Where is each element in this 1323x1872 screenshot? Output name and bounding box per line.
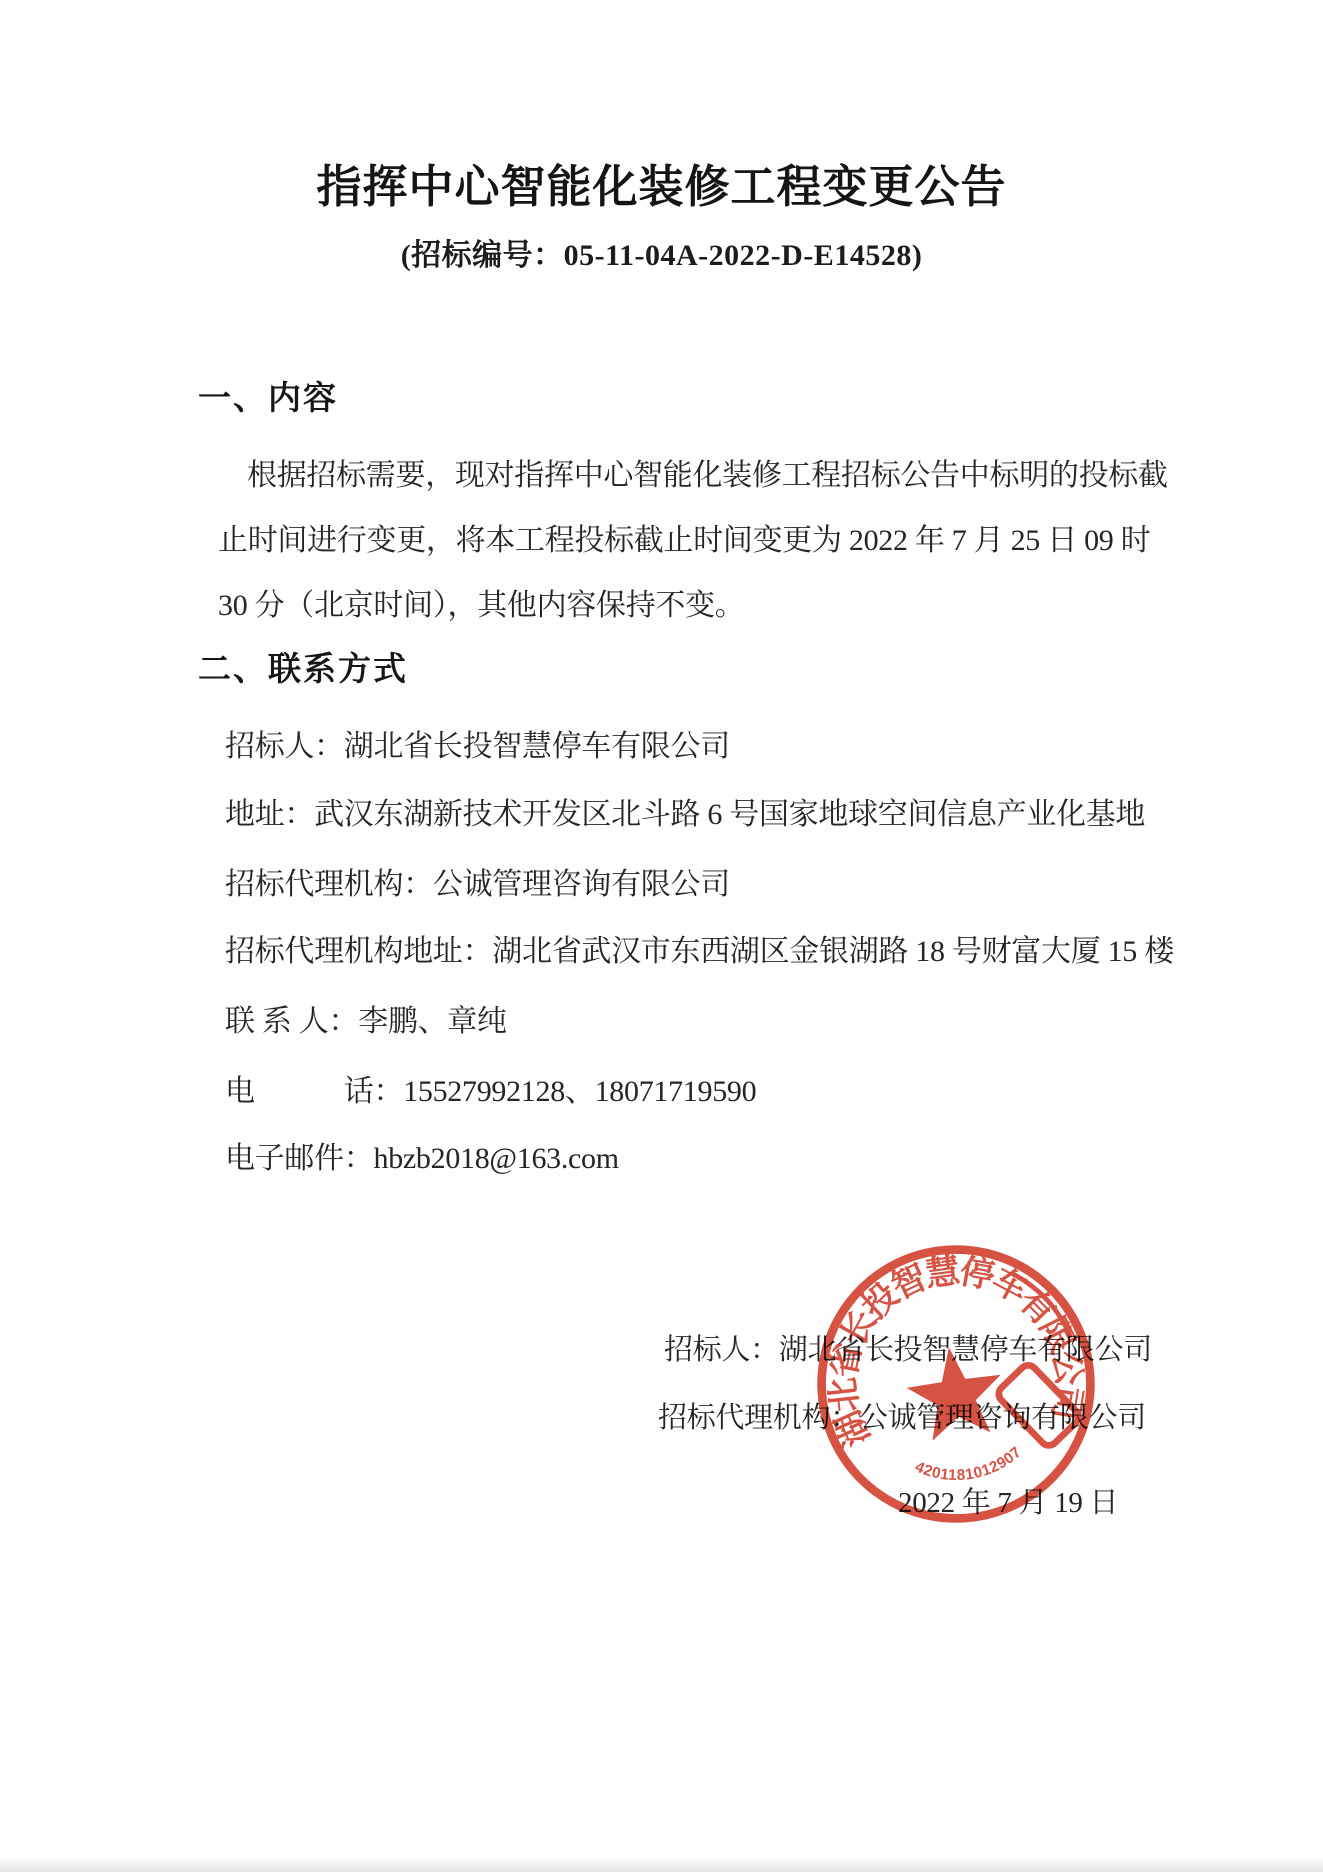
company-seal-graphic: 湖北省长投智慧停车有限公司 42011810129077 bbox=[793, 1221, 1118, 1546]
star-icon bbox=[902, 1341, 1009, 1444]
contact-line-agency-address: 招标代理机构地址：湖北省武汉市东西湖区金银湖路 18 号财富大厦 15 楼 bbox=[225, 937, 1174, 967]
body-line: 止时间进行变更，将本工程投标截止时间变更为 2022 年 7 月 25 日 09… bbox=[218, 526, 1150, 556]
contact-line-phone: 电 话：15527992128、18071719590 bbox=[225, 1077, 756, 1107]
page-title: 指挥中心智能化装修工程变更公告 bbox=[0, 150, 1323, 215]
contact-line-bidder: 招标人：湖北省长投智慧停车有限公司 bbox=[225, 732, 730, 762]
body-line: 30 分（北京时间），其他内容保持不变。 bbox=[218, 591, 745, 621]
section-heading-contact: 二、联系方式 bbox=[198, 643, 408, 690]
tender-number: (招标编号：05-11-04A-2022-D-E14528) bbox=[0, 230, 1323, 274]
contact-line-email: 电子邮件：hbzb2018@163.com bbox=[225, 1144, 619, 1174]
contact-line-person: 联 系 人：李鹏、章纯 bbox=[225, 1007, 507, 1037]
red-seal: 湖北省长投智慧停车有限公司 42011810129077 bbox=[793, 1221, 1118, 1546]
contact-line-address: 地址：武汉东湖新技术开发区北斗路 6 号国家地球空间信息产业化基地 bbox=[225, 800, 1145, 830]
document-page: 指挥中心智能化装修工程变更公告 (招标编号：05-11-04A-2022-D-E… bbox=[0, 0, 1323, 1872]
scan-bottom-shadow bbox=[0, 1856, 1323, 1872]
section-heading-content: 一、内容 bbox=[198, 372, 338, 419]
contact-line-agency: 招标代理机构：公诚管理咨询有限公司 bbox=[225, 870, 730, 900]
body-line: 根据招标需要，现对指挥中心智能化装修工程招标公告中标明的投标截 bbox=[247, 461, 1168, 491]
